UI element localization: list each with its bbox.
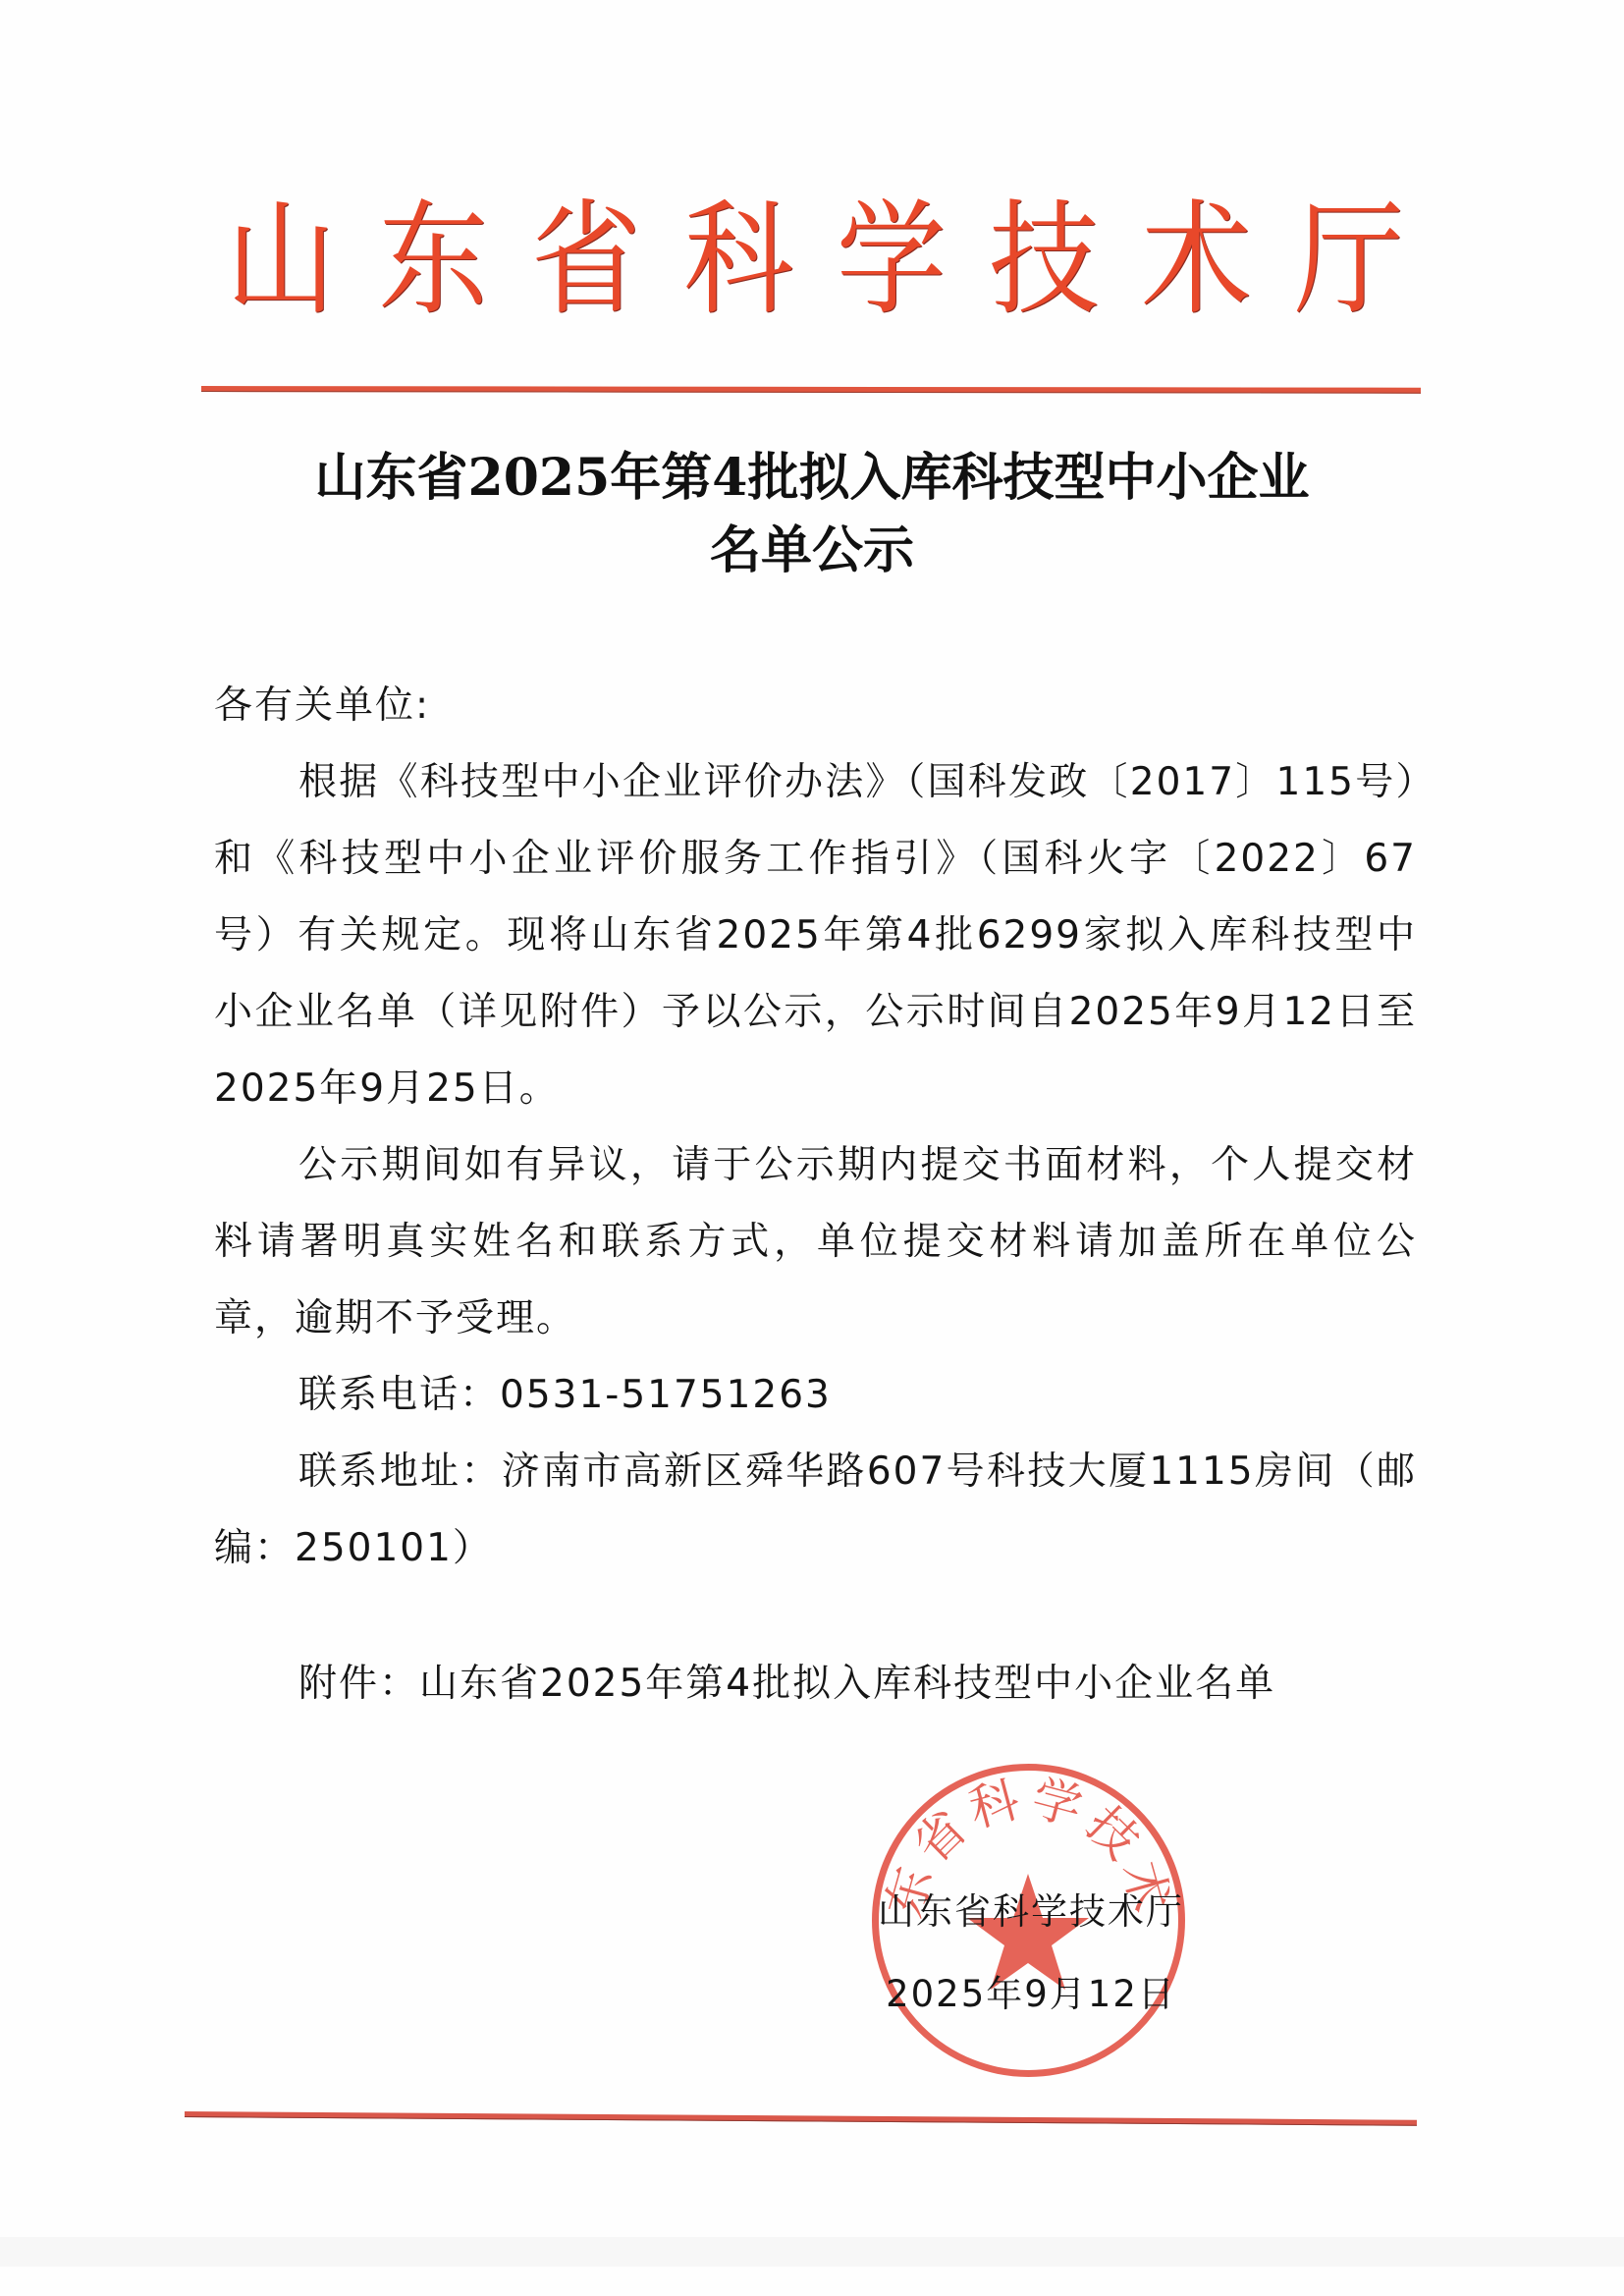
masthead-char: 科: [683, 194, 793, 326]
title-line-1: 山东省2025年第4批拟入库科技型中小企业: [196, 442, 1428, 515]
header-red-divider: [201, 386, 1421, 394]
contact-phone: 0531-51751263: [500, 1373, 832, 1417]
attachment-title: 山东省2025年第4批拟入库科技型中小企业名单: [419, 1662, 1275, 1706]
masthead-char: 山: [226, 194, 336, 326]
contact-phone-line: 联系电话：0531-51751263: [214, 1357, 1417, 1434]
document-body: 各有关单位: 根据《科技型中小企业评价办法》（国科发政〔2017〕115号）和《…: [214, 668, 1417, 1722]
contact-phone-label: 联系电话：: [298, 1373, 500, 1417]
attachment-label: 附件：: [298, 1662, 419, 1706]
issue-date: 2025年9月12日: [854, 1953, 1208, 2036]
contact-address-line: 联系地址：济南市高新区舜华路607号科技大厦1115房间（邮编：250101）: [214, 1434, 1417, 1587]
title-line-2: 名单公示: [196, 515, 1428, 587]
masthead-char: 厅: [1294, 194, 1404, 326]
document-page: 山 东 省 科 学 技 术 厅 山东省2025年第4批拟入库科技型中小企业 名单…: [0, 0, 1624, 2296]
signature-block: 山东省科学技术厅 2025年9月12日: [854, 1871, 1208, 2036]
masthead-char: 术: [1142, 194, 1252, 326]
scan-artifact-band: [0, 2237, 1624, 2267]
issuer-name: 山东省科学技术厅: [854, 1871, 1208, 1953]
salutation: 各有关单位:: [214, 668, 1417, 744]
attachment-line: 附件：山东省2025年第4批拟入库科技型中小企业名单: [214, 1646, 1417, 1722]
footer-red-divider: [185, 2111, 1417, 2126]
masthead-char: 东: [378, 194, 488, 326]
masthead-char: 学: [837, 194, 947, 326]
masthead-char: 省: [531, 194, 641, 326]
masthead-title: 山 东 省 科 学 技 术 厅: [226, 201, 1404, 319]
masthead-char: 技: [989, 194, 1099, 326]
paragraph-objection: 公示期间如有异议，请于公示期内提交书面材料，个人提交材料请署明真实姓名和联系方式…: [214, 1127, 1417, 1357]
spacer: [214, 1587, 1417, 1646]
contact-address-label: 联系地址：: [298, 1449, 502, 1494]
document-title: 山东省2025年第4批拟入库科技型中小企业 名单公示: [196, 442, 1428, 587]
paragraph-announcement: 根据《科技型中小企业评价办法》（国科发政〔2017〕115号）和《科技型中小企业…: [214, 744, 1417, 1127]
